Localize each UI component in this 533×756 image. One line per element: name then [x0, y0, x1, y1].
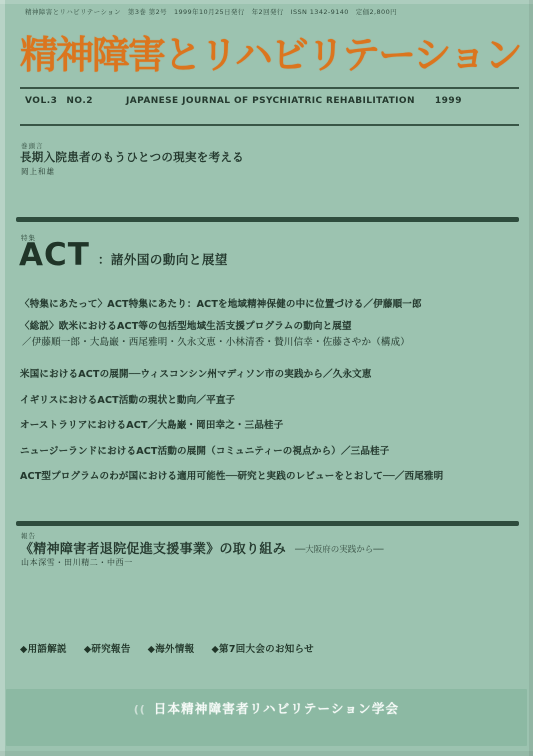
article-entry: ACT型プログラムのわが国における適用可能性──研究と実践のレビューをとおして─… — [20, 468, 443, 482]
scan-edge-top — [0, 0, 533, 4]
section-divider-bottom — [16, 521, 519, 526]
scan-edge-left — [0, 0, 5, 756]
article-entry: オーストラリアにおけるACT／大島巌・岡田幸之・三品桂子 — [20, 417, 283, 431]
article-entry: ニュージーランドにおけるACT活動の展開（コミュニティーの視点から）／三品桂子 — [20, 443, 389, 457]
issue-number: NO.2 — [66, 96, 93, 106]
contents-item: ◆海外情報 — [148, 641, 195, 655]
volume-number: VOL.3 — [25, 96, 57, 106]
article-entry: イギリスにおけるACT活動の現状と動向／平直子 — [20, 392, 235, 406]
contents-item: ◆研究報告 — [84, 641, 131, 655]
report-subtitle: ──大阪府の実践から── — [295, 543, 383, 557]
contents-item: ◆第7回大会のお知らせ — [211, 641, 313, 655]
colophon-line: 精神障害とリハビリテーション 第3巻 第2号 1999年10月25日発行 年2回… — [25, 7, 397, 16]
divider-thin-top — [20, 87, 519, 89]
publisher-banner-inner: (( 日本精神障害者リハビリテーション学会 — [134, 699, 400, 746]
journal-title-english: JAPANESE JOURNAL OF PSYCHIATRIC REHABILI… — [126, 96, 415, 106]
report-heading: 《精神障害者退院促進支援事業》の取り組み ──大阪府の実践から── — [20, 538, 384, 557]
publisher-logo-mark: (( — [134, 703, 146, 716]
article-entry-authors: ／伊藤順一郎・大島巌・西尾雅明・久永文恵・小林清香・贄川信幸・佐藤さやか（構成） — [22, 334, 410, 348]
issue-year: 1999 — [435, 96, 462, 106]
article-entry: 米国におけるACTの展開──ウィスコンシン州マディソン市の実践から／久永文恵 — [20, 366, 372, 380]
report-authors: 山本深雪・田川精二・中西一 — [21, 557, 133, 568]
foreword-title: 長期入院患者のもうひとつの現実を考える — [20, 149, 244, 165]
scan-edge-right — [529, 0, 533, 756]
divider-thin-bottom — [20, 124, 519, 126]
section-divider-top — [16, 217, 519, 222]
volume-line: VOL.3 NO.2 JAPANESE JOURNAL OF PSYCHIATR… — [25, 96, 462, 106]
contents-item: ◆用語解説 — [20, 641, 67, 655]
feature-heading: ACT ：諸外国の動向と展望 — [19, 240, 228, 271]
publisher-banner: (( 日本精神障害者リハビリテーション学会 — [6, 689, 527, 746]
scan-edge-bottom — [0, 751, 533, 756]
publisher-name: 日本精神障害者リハビリテーション学会 — [154, 699, 399, 717]
journal-title: 精神障害とリハビリテーション — [20, 24, 521, 79]
contents-highlights: ◆用語解説 ◆研究報告 ◆海外情報 ◆第7回大会のお知らせ — [20, 641, 314, 655]
feature-heading-subtitle: ：諸外国の動向と展望 — [98, 250, 228, 271]
article-entry: 〈特集にあたって〉ACT特集にあたり：ACTを地域精神保健の中に位置づける／伊藤… — [20, 296, 422, 310]
feature-heading-main: ACT — [19, 240, 90, 271]
foreword-author: 岡上和雄 — [21, 166, 55, 177]
article-entry: 〈総説〉欧米におけるACT等の包括型地域生活支援プログラムの動向と展望 — [20, 318, 352, 332]
report-title: 《精神障害者退院促進支援事業》の取り組み — [20, 538, 286, 557]
journal-cover: 精神障害とリハビリテーション 第3巻 第2号 1999年10月25日発行 年2回… — [0, 0, 533, 756]
